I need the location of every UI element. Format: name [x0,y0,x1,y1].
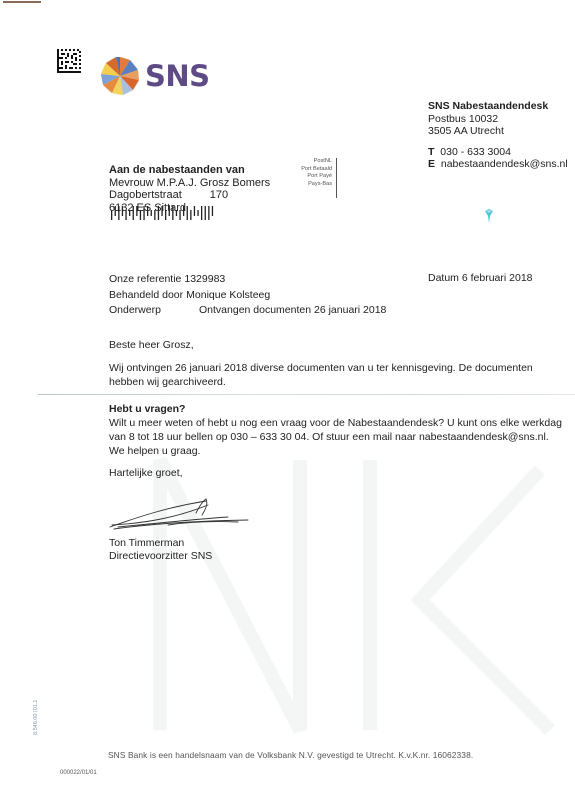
signer-block: Ton Timmerman Directievoorzitter SNS [109,537,212,562]
postal-barcode-icon [109,206,217,220]
subject-value: Ontvangen documenten 26 januari 2018 [199,304,386,316]
recipient-street: Dagobertstraat [109,189,182,201]
sender-email-row: E nabestaandendesk@sns.nl [428,158,568,171]
datamatrix-code-icon [57,49,81,73]
sender-address-line1: Postbus 10032 [428,113,568,126]
reference-block: Onze referentie1329983 Behandeld doorMon… [109,272,386,319]
body-paragraph-1: Wij ontvingen 26 januari 2018 diverse do… [109,362,559,390]
body-paragraph-2: Wilt u meer weten of hebt u nog een vraa… [109,416,564,458]
postage-line: Pays-Bas [270,181,332,189]
sns-logo: SNS [100,56,210,96]
reference-label: Onze referentie [109,272,181,288]
handwritten-signature-icon [108,495,258,535]
sender-phone[interactable]: 030 - 633 3004 [440,146,511,158]
recipient-house-number: 170 [210,189,228,201]
subject-label: Onderwerp [109,303,199,319]
sns-star-logo-icon [100,56,140,96]
scan-edge-line [3,1,41,3]
fold-line [38,394,575,395]
reference-value: 1329983 [184,273,225,285]
footer-legal: SNS Bank is een handelsnaam van de Volks… [108,750,473,760]
brand-name: SNS [145,59,210,93]
handled-by-label: Behandeld door [109,288,183,304]
handled-by-value: Monique Kolsteeg [186,289,270,301]
side-print-code: 8.546.00 (01.1 [33,700,39,735]
sender-phone-row: T 030 - 633 3004 [428,146,568,159]
sns-watermark-icon [120,430,575,750]
reference-row: Onze referentie1329983 [109,272,386,288]
signer-title: Directievoorzitter SNS [109,550,212,563]
postage-line: Port Payé [270,173,332,181]
subject-row: OnderwerpOntvangen documenten 26 januari… [109,303,386,319]
postage-indicia: PostNL Port Betaald Port Payé Pays-Bas [270,158,337,198]
document-code: 000022/01/01 [60,770,97,776]
phone-label: T [428,146,434,158]
closing: Hartelijke groet, [109,467,183,479]
email-label: E [428,158,435,170]
date-value: 6 februari 2018 [462,272,533,284]
handled-by-row: Behandeld doorMonique Kolsteeg [109,288,386,304]
sender-name: SNS Nabestaandendesk [428,100,568,113]
letter-date: Datum 6 februari 2018 [428,272,533,284]
sender-block: SNS Nabestaandendesk Postbus 10032 3505 … [428,100,568,171]
salutation: Beste heer Grosz, [109,339,194,351]
postage-line: Port Betaald [270,166,332,174]
recipient-heading: Aan de nabestaanden van [109,164,270,177]
recipient-street-row: Dagobertstraat170 [109,189,270,202]
questions-heading: Hebt u vragen? [109,403,185,415]
date-label: Datum [428,272,459,284]
signer-name: Ton Timmerman [109,537,212,550]
postage-line: PostNL [270,158,332,166]
recipient-name: Mevrouw M.P.A.J. Grosz Bomers [109,177,270,190]
sender-email[interactable]: nabestaandendesk@sns.nl [441,158,568,170]
gem-mark-icon [484,208,494,224]
sender-address-line2: 3505 AA Utrecht [428,125,568,138]
